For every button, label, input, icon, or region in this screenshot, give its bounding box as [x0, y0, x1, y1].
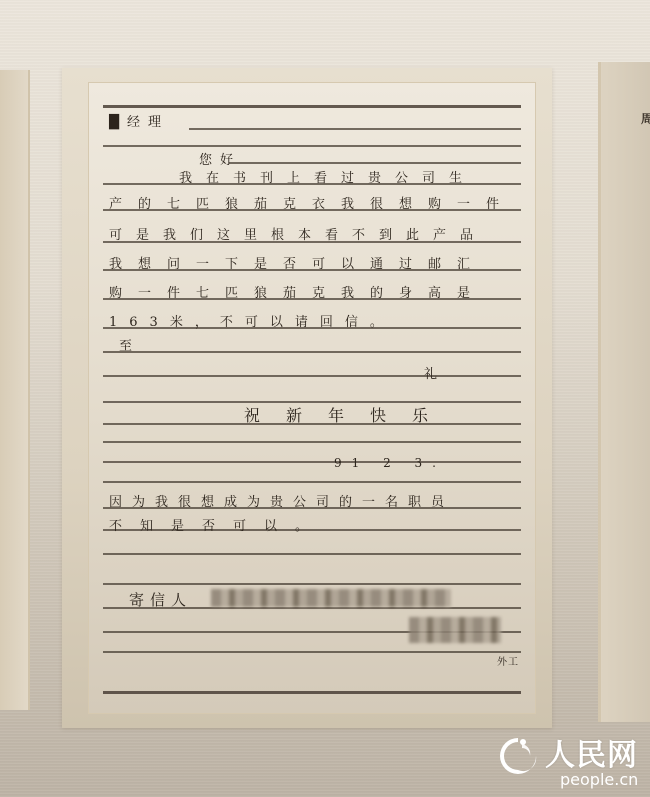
sender-suffix: 外工 — [497, 653, 519, 668]
closing-wish: 祝新年快乐 — [244, 403, 454, 426]
rule-line — [103, 145, 521, 147]
rule-line — [189, 128, 521, 130]
closing-1: 至 — [119, 335, 140, 354]
body-line-4: 我想问一下是否可以通过邮汇 — [109, 253, 486, 272]
closing-2: 礼 — [424, 363, 445, 382]
postscript-line-1: 因为我很想成为贵公司的一名职员 — [109, 491, 454, 510]
letter-frame: █经理 您好 我在书刊上看过贵公司生 产的七匹狼茄克衣我很想购一件 可是我们这里… — [62, 68, 552, 728]
rule-line — [103, 351, 521, 353]
adjacent-frame-left — [0, 70, 30, 710]
rule-line — [103, 651, 521, 653]
people-cn-watermark: 人民网 people.cn — [490, 728, 650, 794]
people-cn-logo-icon — [496, 734, 540, 778]
body-line-2: 产的七匹狼茄克衣我很想购一件 — [109, 193, 515, 212]
adjacent-frame-right: 周 — [598, 62, 650, 722]
salutation: █经理 — [109, 111, 169, 130]
rule-line — [103, 481, 521, 483]
rule-line — [103, 441, 521, 443]
rule-line — [103, 461, 521, 463]
redacted-sender-name — [409, 617, 501, 643]
rule-line — [229, 162, 521, 164]
watermark-cn-text: 人民网 — [545, 730, 638, 774]
greeting: 您好 — [199, 149, 241, 168]
letter-paper: █经理 您好 我在书刊上看过贵公司生 产的七匹狼茄克衣我很想购一件 可是我们这里… — [88, 82, 536, 714]
rule-line — [103, 691, 521, 694]
body-line-1: 我在书刊上看过贵公司生 — [179, 167, 476, 186]
body-line-6: 163米，不可以请回信。 — [109, 311, 395, 330]
adjacent-frame-text: 周 — [641, 110, 650, 127]
body-line-5: 购一件七匹狼茄克我的身高是 — [109, 282, 486, 301]
sender-label: 寄信人 — [129, 589, 192, 610]
rule-line — [103, 583, 521, 585]
rule-line — [103, 105, 521, 108]
rule-line — [103, 375, 521, 377]
rule-line — [103, 553, 521, 555]
watermark-en-text: people.cn — [560, 770, 638, 789]
body-line-3: 可是我们这里根本看不到此产品 — [109, 224, 487, 243]
redacted-sender-address — [211, 589, 451, 607]
letter-date: 91 2 3. — [334, 456, 446, 470]
postscript-line-2: 不知是否可以。 — [109, 515, 326, 534]
